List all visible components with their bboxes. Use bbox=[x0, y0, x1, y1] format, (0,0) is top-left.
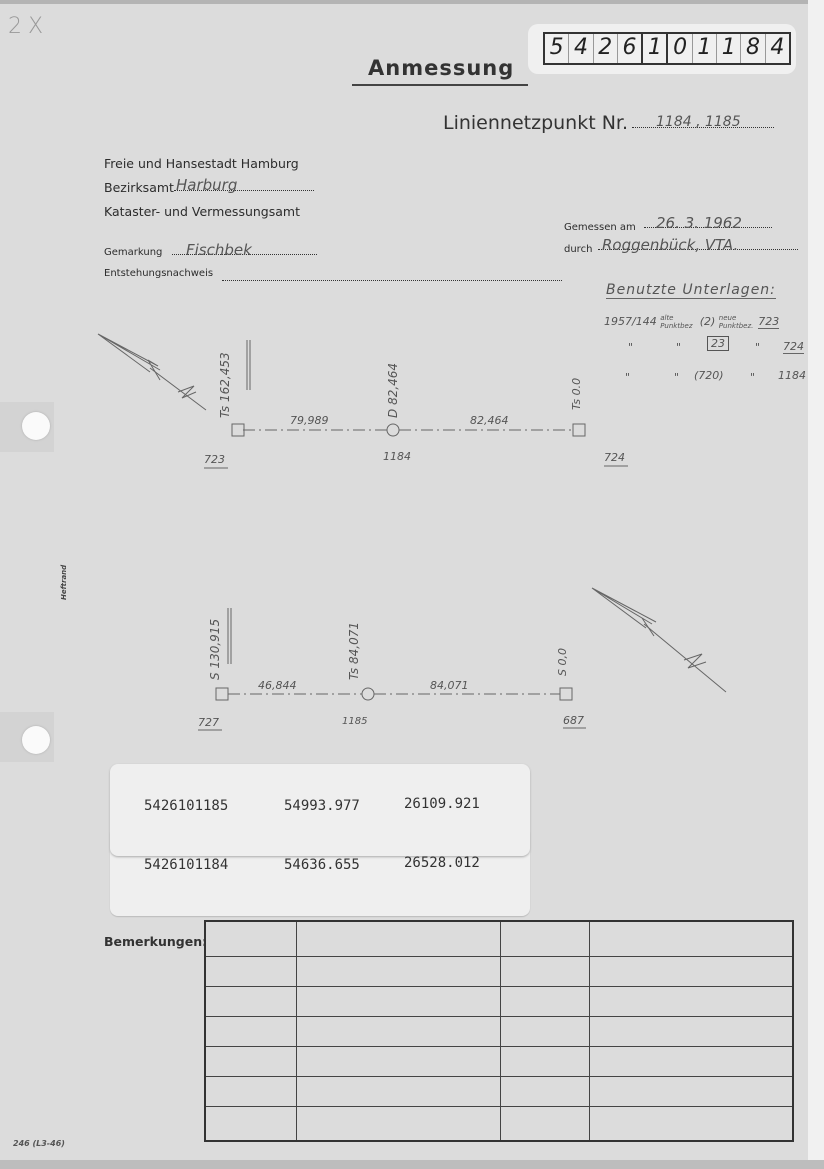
remarks-row bbox=[205, 1076, 793, 1106]
point-type: S bbox=[556, 669, 569, 676]
point-type: Ts bbox=[570, 399, 583, 410]
remarks-cell bbox=[589, 921, 793, 956]
remarks-cell bbox=[205, 1016, 296, 1046]
sketch2-distance: 46,844 bbox=[258, 679, 297, 692]
sketch1-point-number: 724 bbox=[604, 451, 625, 464]
remarks-cell bbox=[500, 956, 589, 986]
remarks-row bbox=[205, 986, 793, 1016]
point-value: 82,464 bbox=[386, 363, 400, 405]
sketch1-point2-label: D 82,464 bbox=[386, 363, 400, 418]
sketch2-point1-label: S 130,915 bbox=[208, 619, 222, 680]
remarks-row bbox=[205, 1106, 793, 1141]
remarks-cell bbox=[296, 956, 500, 986]
point-value: 0.0 bbox=[570, 378, 583, 396]
remarks-cell bbox=[205, 921, 296, 956]
remarks-cell bbox=[205, 1106, 296, 1141]
remarks-cell bbox=[296, 1106, 500, 1141]
point-type: D bbox=[386, 409, 400, 418]
punch-hole bbox=[22, 726, 50, 754]
remarks-cell bbox=[296, 921, 500, 956]
point-value: 130,915 bbox=[208, 619, 222, 669]
point-value: 162,453 bbox=[218, 352, 232, 402]
sketch2-point-number: 727 bbox=[198, 716, 219, 729]
point-value: 0,0 bbox=[556, 648, 569, 666]
sketch2-point-number: 1185 bbox=[342, 716, 367, 727]
sketch2-point3-label: S 0,0 bbox=[556, 648, 569, 676]
coord-x: 54993.977 bbox=[284, 798, 360, 814]
sketch2-point2-label: Ts 84,071 bbox=[347, 622, 361, 680]
remarks-cell bbox=[205, 1046, 296, 1076]
remarks-cell bbox=[296, 1016, 500, 1046]
remarks-cell bbox=[205, 1076, 296, 1106]
point-type: Ts bbox=[347, 668, 361, 680]
sketch1-distance: 79,989 bbox=[290, 414, 329, 427]
coord-y: 26528.012 bbox=[404, 855, 480, 871]
remarks-row bbox=[205, 956, 793, 986]
heftrand-label: Heftrand bbox=[60, 565, 68, 600]
remarks-cell bbox=[589, 956, 793, 986]
sketch1-point-number: 723 bbox=[204, 453, 225, 466]
remarks-cell bbox=[589, 1076, 793, 1106]
remarks-cell bbox=[500, 921, 589, 956]
coord-id: 5426101184 bbox=[144, 857, 228, 873]
point-type: S bbox=[208, 672, 222, 680]
remarks-row bbox=[205, 921, 793, 956]
sketch1-point-number: 1184 bbox=[383, 450, 411, 463]
remarks-cell bbox=[589, 1016, 793, 1046]
remarks-cell bbox=[205, 956, 296, 986]
remarks-table bbox=[204, 920, 794, 1142]
form-number: 246 (L3-46) bbox=[13, 1139, 65, 1148]
punch-hole bbox=[22, 412, 50, 440]
remarks-row bbox=[205, 1016, 793, 1046]
remarks-cell bbox=[589, 1106, 793, 1141]
remarks-cell bbox=[589, 986, 793, 1016]
coord-x: 54636.655 bbox=[284, 857, 360, 873]
coord-y: 26109.921 bbox=[404, 796, 480, 812]
coord-id: 5426101185 bbox=[144, 798, 228, 814]
point-value: 84,071 bbox=[347, 622, 361, 664]
remarks-cell bbox=[500, 1016, 589, 1046]
sketch1-distance: 82,464 bbox=[470, 414, 509, 427]
remarks-label: Bemerkungen: bbox=[104, 934, 207, 949]
remarks-cell bbox=[500, 1106, 589, 1141]
remarks-cell bbox=[296, 986, 500, 1016]
sketch1-point1-label: Ts 162,453 bbox=[218, 352, 232, 418]
sketch2-point-number: 687 bbox=[563, 714, 584, 727]
sketch1-point3-label: Ts 0.0 bbox=[570, 378, 583, 410]
remarks-cell bbox=[589, 1046, 793, 1076]
remarks-cell bbox=[296, 1046, 500, 1076]
remarks-cell bbox=[500, 1046, 589, 1076]
point-type: Ts bbox=[218, 406, 232, 418]
remarks-row bbox=[205, 1046, 793, 1076]
remarks-cell bbox=[500, 1076, 589, 1106]
remarks-cell bbox=[296, 1076, 500, 1106]
sketch2-distance: 84,071 bbox=[430, 679, 469, 692]
remarks-cell bbox=[205, 986, 296, 1016]
remarks-cell bbox=[500, 986, 589, 1016]
